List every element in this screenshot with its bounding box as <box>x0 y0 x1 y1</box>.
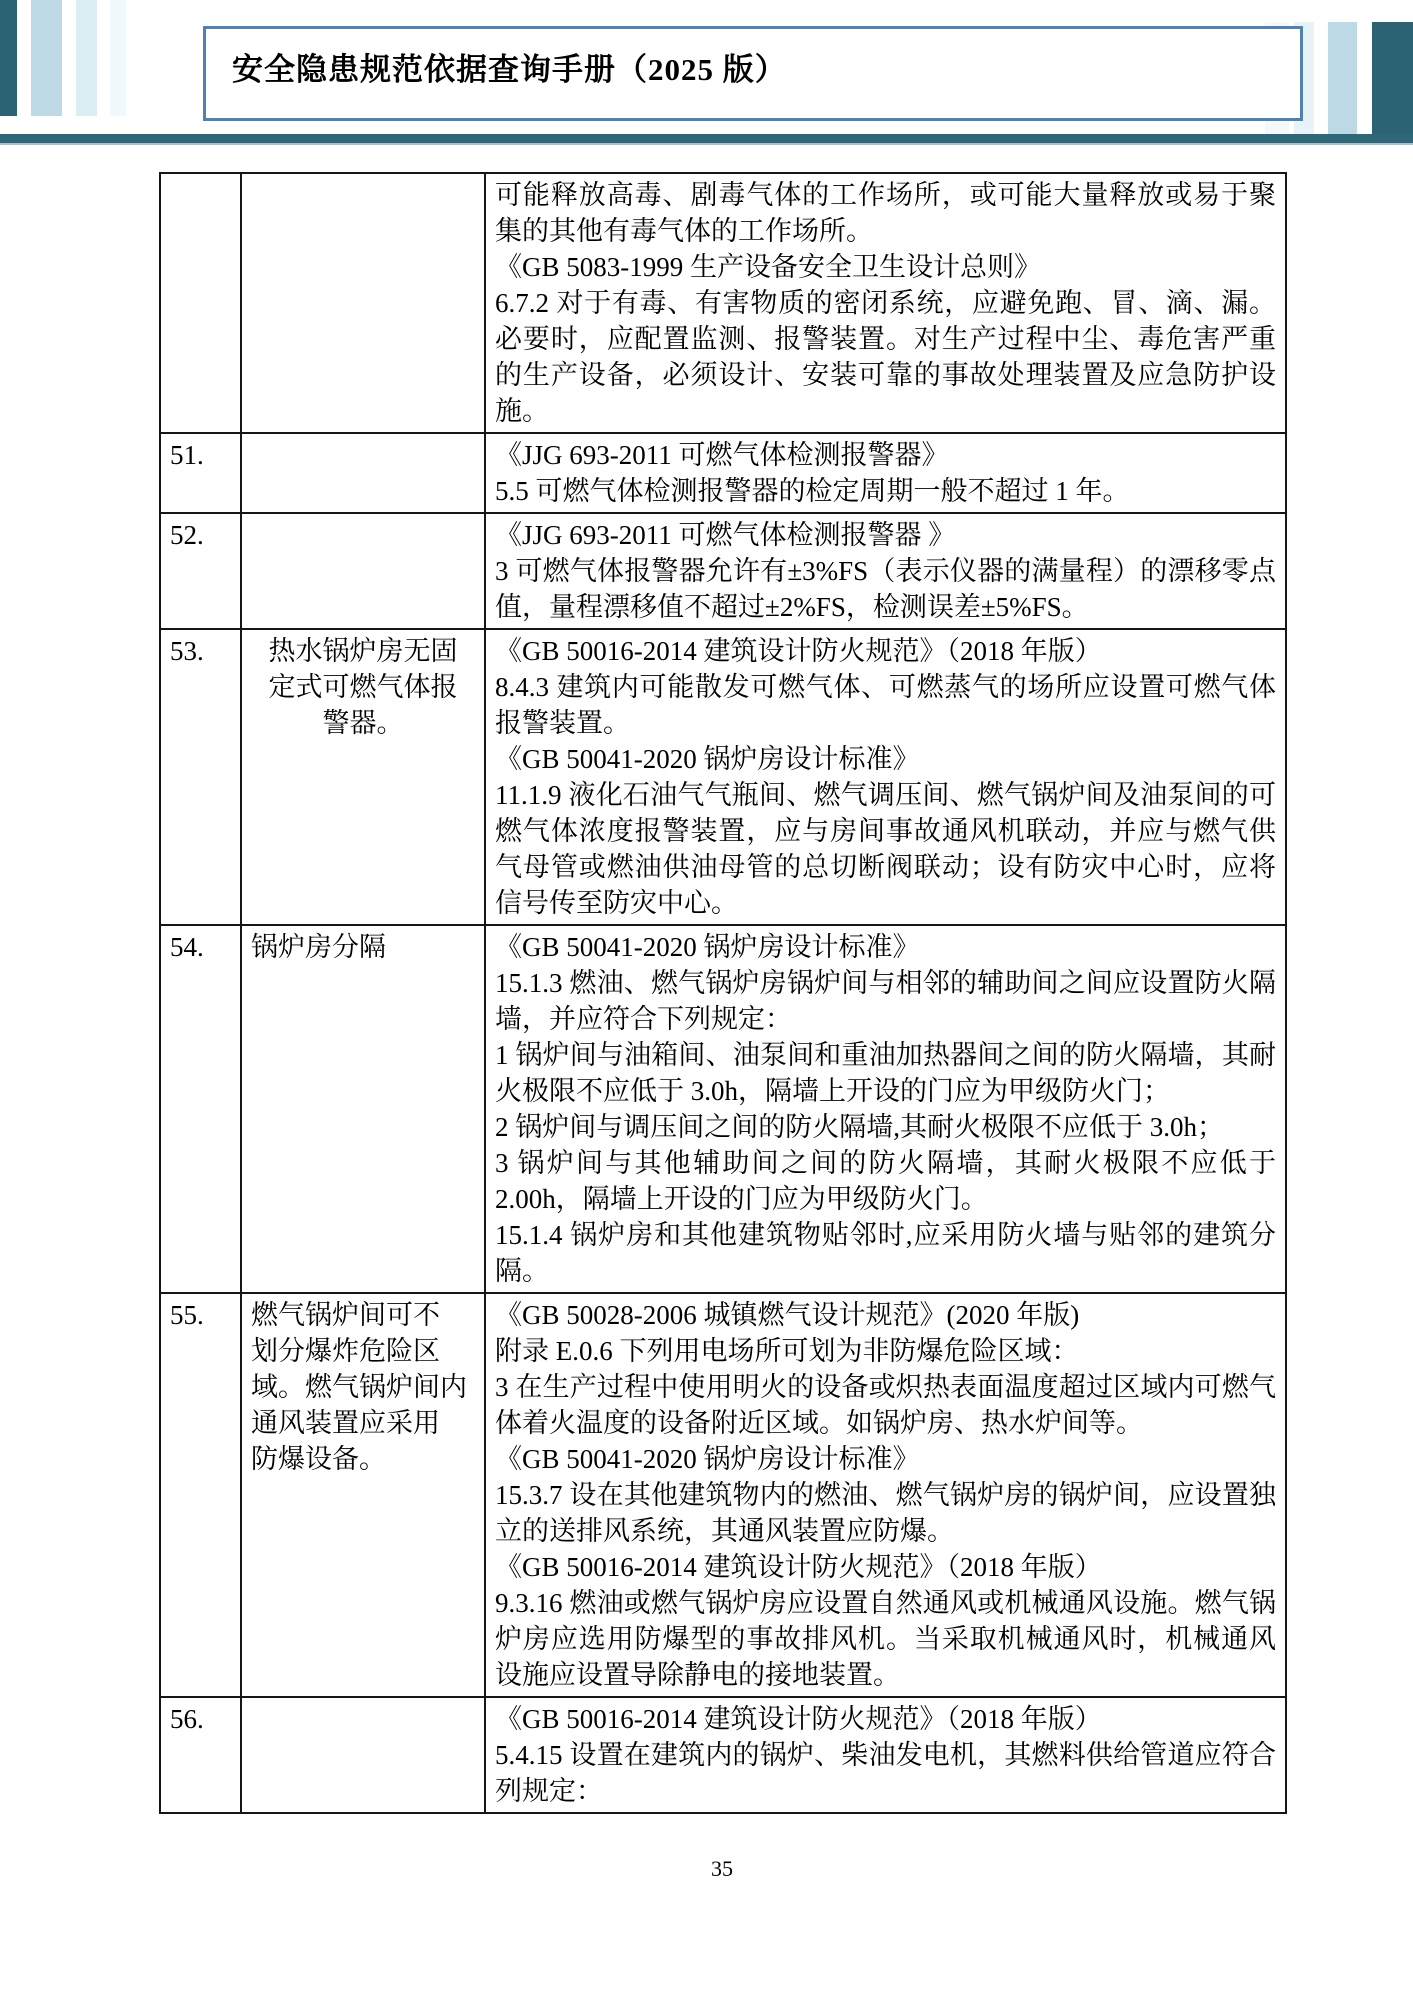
hazard-line: 热水锅炉房无固 <box>251 633 475 669</box>
deco-bar-left-blue-1 <box>31 0 62 116</box>
hazard-cell <box>241 1697 485 1813</box>
regulation-cell: 《GB 50041-2020 锅炉房设计标准》 15.1.3 燃油、燃气锅炉房锅… <box>485 925 1286 1293</box>
regulation-paragraph: 3 可燃气体报警器允许有±3%FS（表示仪器的满量程）的漂移零点值，量程漂移值不… <box>495 553 1276 625</box>
regulation-paragraph: 15.1.3 燃油、燃气锅炉房锅炉间与相邻的辅助间之间应设置防火隔墙，并应符合下… <box>495 965 1276 1037</box>
row-number-cell: 53. <box>160 629 241 925</box>
header-title-box: 安全隐患规范依据查询手册（2025 版） <box>203 26 1303 121</box>
regulation-paragraph: 3 在生产过程中使用明火的设备或炽热表面温度超过区域内可燃气体着火温度的设备附近… <box>495 1369 1276 1441</box>
hazard-line: 燃气锅炉间可不 <box>251 1297 475 1333</box>
deco-bar-left-blue-2 <box>76 0 97 116</box>
hazard-line: 警器。 <box>251 705 475 741</box>
regulation-paragraph: 5.4.15 设置在建筑内的锅炉、柴油发电机，其燃料供给管道应符合列规定： <box>495 1737 1276 1809</box>
regulation-paragraph: 8.4.3 建筑内可能散发可燃气体、可燃蒸气的场所应设置可燃气体报警装置。 <box>495 669 1276 741</box>
document-page: 安全隐患规范依据查询手册（2025 版） 可能释放高毒、剧毒气体的工作场所，或可… <box>0 0 1413 2000</box>
regulation-paragraph: 11.1.9 液化石油气气瓶间、燃气调压间、燃气锅炉间及油泵间的可燃气体浓度报警… <box>495 777 1276 921</box>
hazard-line: 域。燃气锅炉间内 <box>251 1369 475 1405</box>
regulation-paragraph: 6.7.2 对于有毒、有害物质的密闭系统，应避免跑、冒、滴、漏。必要时，应配置监… <box>495 285 1276 429</box>
table-row: 56. 《GB 50016-2014 建筑设计防火规范》（2018 年版） 5.… <box>160 1697 1286 1813</box>
table-row: 55. 燃气锅炉间可不 划分爆炸危险区 域。燃气锅炉间内 通风装置应采用 防爆设… <box>160 1293 1286 1697</box>
regulation-paragraph: 5.5 可燃气体检测报警器的检定周期一般不超过 1 年。 <box>495 473 1276 509</box>
hazard-line: 锅炉房分隔 <box>251 929 475 965</box>
regulation-paragraph: 《JJG 693-2011 可燃气体检测报警器 》 <box>495 517 1276 553</box>
row-number-cell: 52. <box>160 513 241 629</box>
deco-bar-left-blue-3 <box>110 0 126 116</box>
table-row: 53. 热水锅炉房无固 定式可燃气体报 警器。 《GB 50016-2014 建… <box>160 629 1286 925</box>
table-row: 51. 《JJG 693-2011 可燃气体检测报警器》 5.5 可燃气体检测报… <box>160 433 1286 513</box>
hazard-cell <box>241 513 485 629</box>
header-divider-rule <box>0 134 1413 145</box>
regulation-paragraph: 《GB 50016-2014 建筑设计防火规范》（2018 年版） <box>495 1701 1276 1737</box>
regulation-paragraph: 《GB 50028-2006 城镇燃气设计规范》(2020 年版) <box>495 1297 1276 1333</box>
deco-bar-left-teal <box>0 0 17 116</box>
page-number: 35 <box>159 1856 1285 1882</box>
regulation-paragraph: 附录 E.0.6 下列用电场所可划为非防爆危险区域： <box>495 1333 1276 1369</box>
deco-bar-right-teal <box>1372 22 1413 143</box>
regulation-table: 可能释放高毒、剧毒气体的工作场所，或可能大量释放或易于聚集的其他有毒气体的工作场… <box>159 172 1287 1814</box>
table-row: 54. 锅炉房分隔 《GB 50041-2020 锅炉房设计标准》 15.1.3… <box>160 925 1286 1293</box>
hazard-cell: 锅炉房分隔 <box>241 925 485 1293</box>
regulation-paragraph: 15.3.7 设在其他建筑物内的燃油、燃气锅炉房的锅炉间，应设置独立的送排风系统… <box>495 1477 1276 1549</box>
hazard-line: 通风装置应采用 <box>251 1405 475 1441</box>
hazard-line: 定式可燃气体报 <box>251 669 475 705</box>
table-row: 52. 《JJG 693-2011 可燃气体检测报警器 》 3 可燃气体报警器允… <box>160 513 1286 629</box>
page-title: 安全隐患规范依据查询手册（2025 版） <box>206 29 1300 89</box>
regulation-cell: 《JJG 693-2011 可燃气体检测报警器》 5.5 可燃气体检测报警器的检… <box>485 433 1286 513</box>
hazard-cell: 热水锅炉房无固 定式可燃气体报 警器。 <box>241 629 485 925</box>
regulation-paragraph: 1 锅炉间与油箱间、油泵间和重油加热器间之间的防火隔墙，其耐火极限不应低于 3.… <box>495 1037 1276 1109</box>
row-number-cell: 56. <box>160 1697 241 1813</box>
regulation-paragraph: 9.3.16 燃油或燃气锅炉房应设置自然通风或机械通风设施。燃气锅炉房应选用防爆… <box>495 1585 1276 1693</box>
regulation-paragraph: 《JJG 693-2011 可燃气体检测报警器》 <box>495 437 1276 473</box>
regulation-cell: 《JJG 693-2011 可燃气体检测报警器 》 3 可燃气体报警器允许有±3… <box>485 513 1286 629</box>
regulation-paragraph: 《GB 50041-2020 锅炉房设计标准》 <box>495 741 1276 777</box>
deco-bar-right-blue-1 <box>1328 22 1357 137</box>
regulation-paragraph: 3 锅炉间与其他辅助间之间的防火隔墙，其耐火极限不应低于 2.00h，隔墙上开设… <box>495 1145 1276 1217</box>
regulation-paragraph: 《GB 50016-2014 建筑设计防火规范》（2018 年版） <box>495 1549 1276 1585</box>
table-row: 可能释放高毒、剧毒气体的工作场所，或可能大量释放或易于聚集的其他有毒气体的工作场… <box>160 173 1286 433</box>
regulation-paragraph: 15.1.4 锅炉房和其他建筑物贴邻时,应采用防火墙与贴邻的建筑分隔。 <box>495 1217 1276 1289</box>
hazard-line: 防爆设备。 <box>251 1441 475 1477</box>
regulation-paragraph: 《GB 50041-2020 锅炉房设计标准》 <box>495 1441 1276 1477</box>
regulation-cell: 《GB 50016-2014 建筑设计防火规范》（2018 年版） 8.4.3 … <box>485 629 1286 925</box>
row-number-cell: 51. <box>160 433 241 513</box>
row-number-cell <box>160 173 241 433</box>
hazard-cell: 燃气锅炉间可不 划分爆炸危险区 域。燃气锅炉间内 通风装置应采用 防爆设备。 <box>241 1293 485 1697</box>
regulation-paragraph: 《GB 50041-2020 锅炉房设计标准》 <box>495 929 1276 965</box>
regulation-paragraph: 《GB 5083-1999 生产设备安全卫生设计总则》 <box>495 249 1276 285</box>
regulation-paragraph: 可能释放高毒、剧毒气体的工作场所，或可能大量释放或易于聚集的其他有毒气体的工作场… <box>495 177 1276 249</box>
regulation-cell: 可能释放高毒、剧毒气体的工作场所，或可能大量释放或易于聚集的其他有毒气体的工作场… <box>485 173 1286 433</box>
regulation-cell: 《GB 50016-2014 建筑设计防火规范》（2018 年版） 5.4.15… <box>485 1697 1286 1813</box>
regulation-paragraph: 《GB 50016-2014 建筑设计防火规范》（2018 年版） <box>495 633 1276 669</box>
regulation-paragraph: 2 锅炉间与调压间之间的防火隔墙,其耐火极限不应低于 3.0h； <box>495 1109 1276 1145</box>
hazard-cell <box>241 433 485 513</box>
row-number-cell: 55. <box>160 1293 241 1697</box>
hazard-line: 划分爆炸危险区 <box>251 1333 475 1369</box>
hazard-cell <box>241 173 485 433</box>
row-number-cell: 54. <box>160 925 241 1293</box>
regulation-cell: 《GB 50028-2006 城镇燃气设计规范》(2020 年版) 附录 E.0… <box>485 1293 1286 1697</box>
